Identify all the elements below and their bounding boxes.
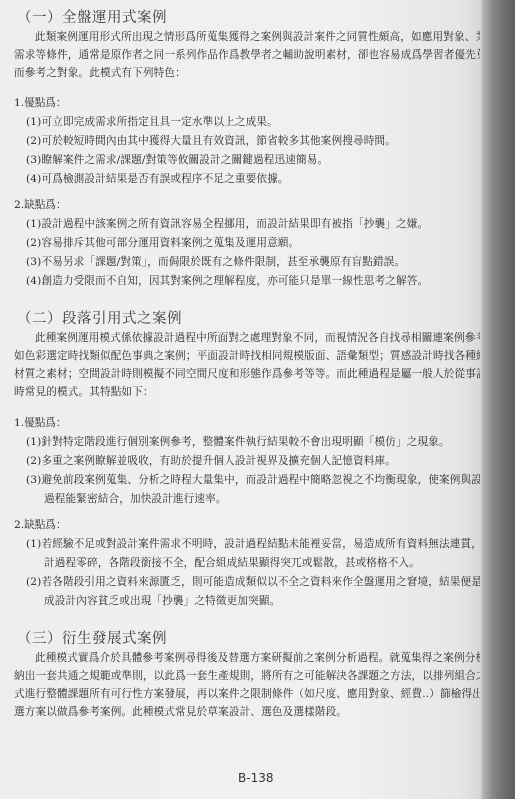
section-2-disadvantage-2: (2)若各階段引用之資料來源匱乏，則可能造成類似以不全之資料來作全盤運用之窘境，… — [26, 574, 493, 589]
section-1-disadvantage-3: (3)不易另求「課題/對策」，而侷限於既有之條件限制，甚至承襲原有盲點錯誤。 — [26, 254, 405, 269]
section-1-advantage-1: (1)可立即完成需求所指定且具一定水準以上之成果。 — [26, 114, 278, 129]
book-spine-shadow — [482, 0, 515, 799]
document-page: （一）全盤運用式案例 此類案例運用形式所出現之情形爲所蒐集獲得之案例與設計案件之… — [0, 0, 488, 799]
section-1-intro-line-1: 此類案例運用形式所出現之情形爲所蒐集獲得之案例與設計案件之同質性頗高，如應用對象… — [35, 29, 497, 44]
section-2-intro-line-1: 此種案例運用模式係依據設計過程中所面對之處理對象不同，而視情況各自找尋相關連案例… — [35, 330, 497, 345]
section-1-advantage-4: (4)可爲檢測設計結果是否有誤或程序不足之重要依據。 — [26, 171, 289, 186]
section-3-intro-line-2: 納出一套共通之規範或準則，以此爲一套生產規則，將所有之可能解決各課題之方法，以排… — [14, 668, 497, 683]
section-2-advantages-heading: 1.優點爲： — [14, 415, 66, 430]
section-2-intro-line-4: 時常見的模式。其特點如下： — [14, 384, 154, 399]
section-3-intro-line-3: 式進行整體課題所有可行性方案發展，再以案件之限制條件（如尺度、應用對象、經費..… — [14, 686, 494, 701]
section-2-advantage-3: (3)避免前段案例蒐集、分析之時程大量集中，而設計過程中簡略忽視之不均衡現象，使… — [26, 472, 493, 487]
section-2-title: （二）段落引用式之案例 — [17, 307, 182, 328]
section-2-advantage-1: (1)針對特定階段進行個別案例參考，整體案件執行結果較不會出現明顯「模仿」之現象… — [26, 434, 450, 449]
section-3-intro-line-4: 選方案以做爲參考案例。此種模式常見於草案設計、選色及選樣階段。 — [14, 704, 347, 719]
section-1-advantage-3: (3)瞭解案件之需求/課題/對策等攸關設計之關鍵過程迅速簡易。 — [26, 152, 328, 167]
section-2-disadvantage-1-cont: 計過程零碎，各階段銜接不全，配合組成結果顯得突兀或鬆散，甚或格格不入。 — [44, 555, 420, 570]
section-2-disadvantage-2-cont: 成設計內容貧乏或出現「抄襲」之特徵更加突顯。 — [44, 593, 280, 608]
section-3-intro-line-1: 此種模式實爲介於具體參考案例尋得後及替選方案研擬前之案例分析過程。就蒐集得之案例… — [35, 650, 497, 665]
section-2-disadvantage-1: (1)若經驗不足或對設計案件需求不明時，設計過程結點未能裡妥當，易造成所有資料無… — [26, 536, 493, 551]
section-2-disadvantages-heading: 2.缺點爲： — [14, 517, 66, 532]
section-1-disadvantage-1: (1)設計過程中該案例之所有資訊容易全程挪用，而設計結果即有被指「抄襲」之嫌。 — [26, 216, 428, 231]
section-1-intro-line-2: 需求等條件，通常是原作者之同一系列作品作爲教學者之輔助說明素材，卻也容易成爲學習… — [14, 47, 497, 62]
section-1-advantage-2: (2)可於較短時間內由其中獲得大量且有效資訊，節省較多其他案例搜尋時間。 — [26, 133, 396, 148]
section-1-advantages-heading: 1.優點爲： — [14, 95, 66, 110]
section-1-disadvantage-4: (4)創造力受限而不自知，因其對案例之理解程度，亦可能只是單一線性思考之解答。 — [26, 273, 428, 288]
page-number: B-138 — [238, 771, 273, 785]
section-2-advantage-3-cont: 過程能緊密結合，加快設計進行速率。 — [44, 491, 227, 506]
section-2-intro-line-3: 材質之素材；空間設計時則模擬不同空間尺度和形態作爲參考等等。而此種過程是屬一般人… — [14, 366, 497, 381]
section-2-advantage-2: (2)多重之案例瞭解並吸收，有助於提升個人設計視界及擴充個人記憶資料庫。 — [26, 453, 396, 468]
section-3-title: （三）衍生發展式案例 — [17, 627, 167, 648]
section-2-intro-line-2: 如色彩選定時找類似配色事典之案例；平面設計時找相同規模版面、語彙類型；質感設計時… — [14, 348, 497, 363]
section-1-title: （一）全盤運用式案例 — [17, 6, 167, 27]
section-1-disadvantage-2: (2)容易排斥其他可部分運用資料案例之蒐集及運用意願。 — [26, 235, 299, 250]
section-1-intro-line-3: 而參考之對象。此模式有下列特色： — [14, 65, 186, 80]
section-1-disadvantages-heading: 2.缺點爲： — [14, 197, 66, 212]
